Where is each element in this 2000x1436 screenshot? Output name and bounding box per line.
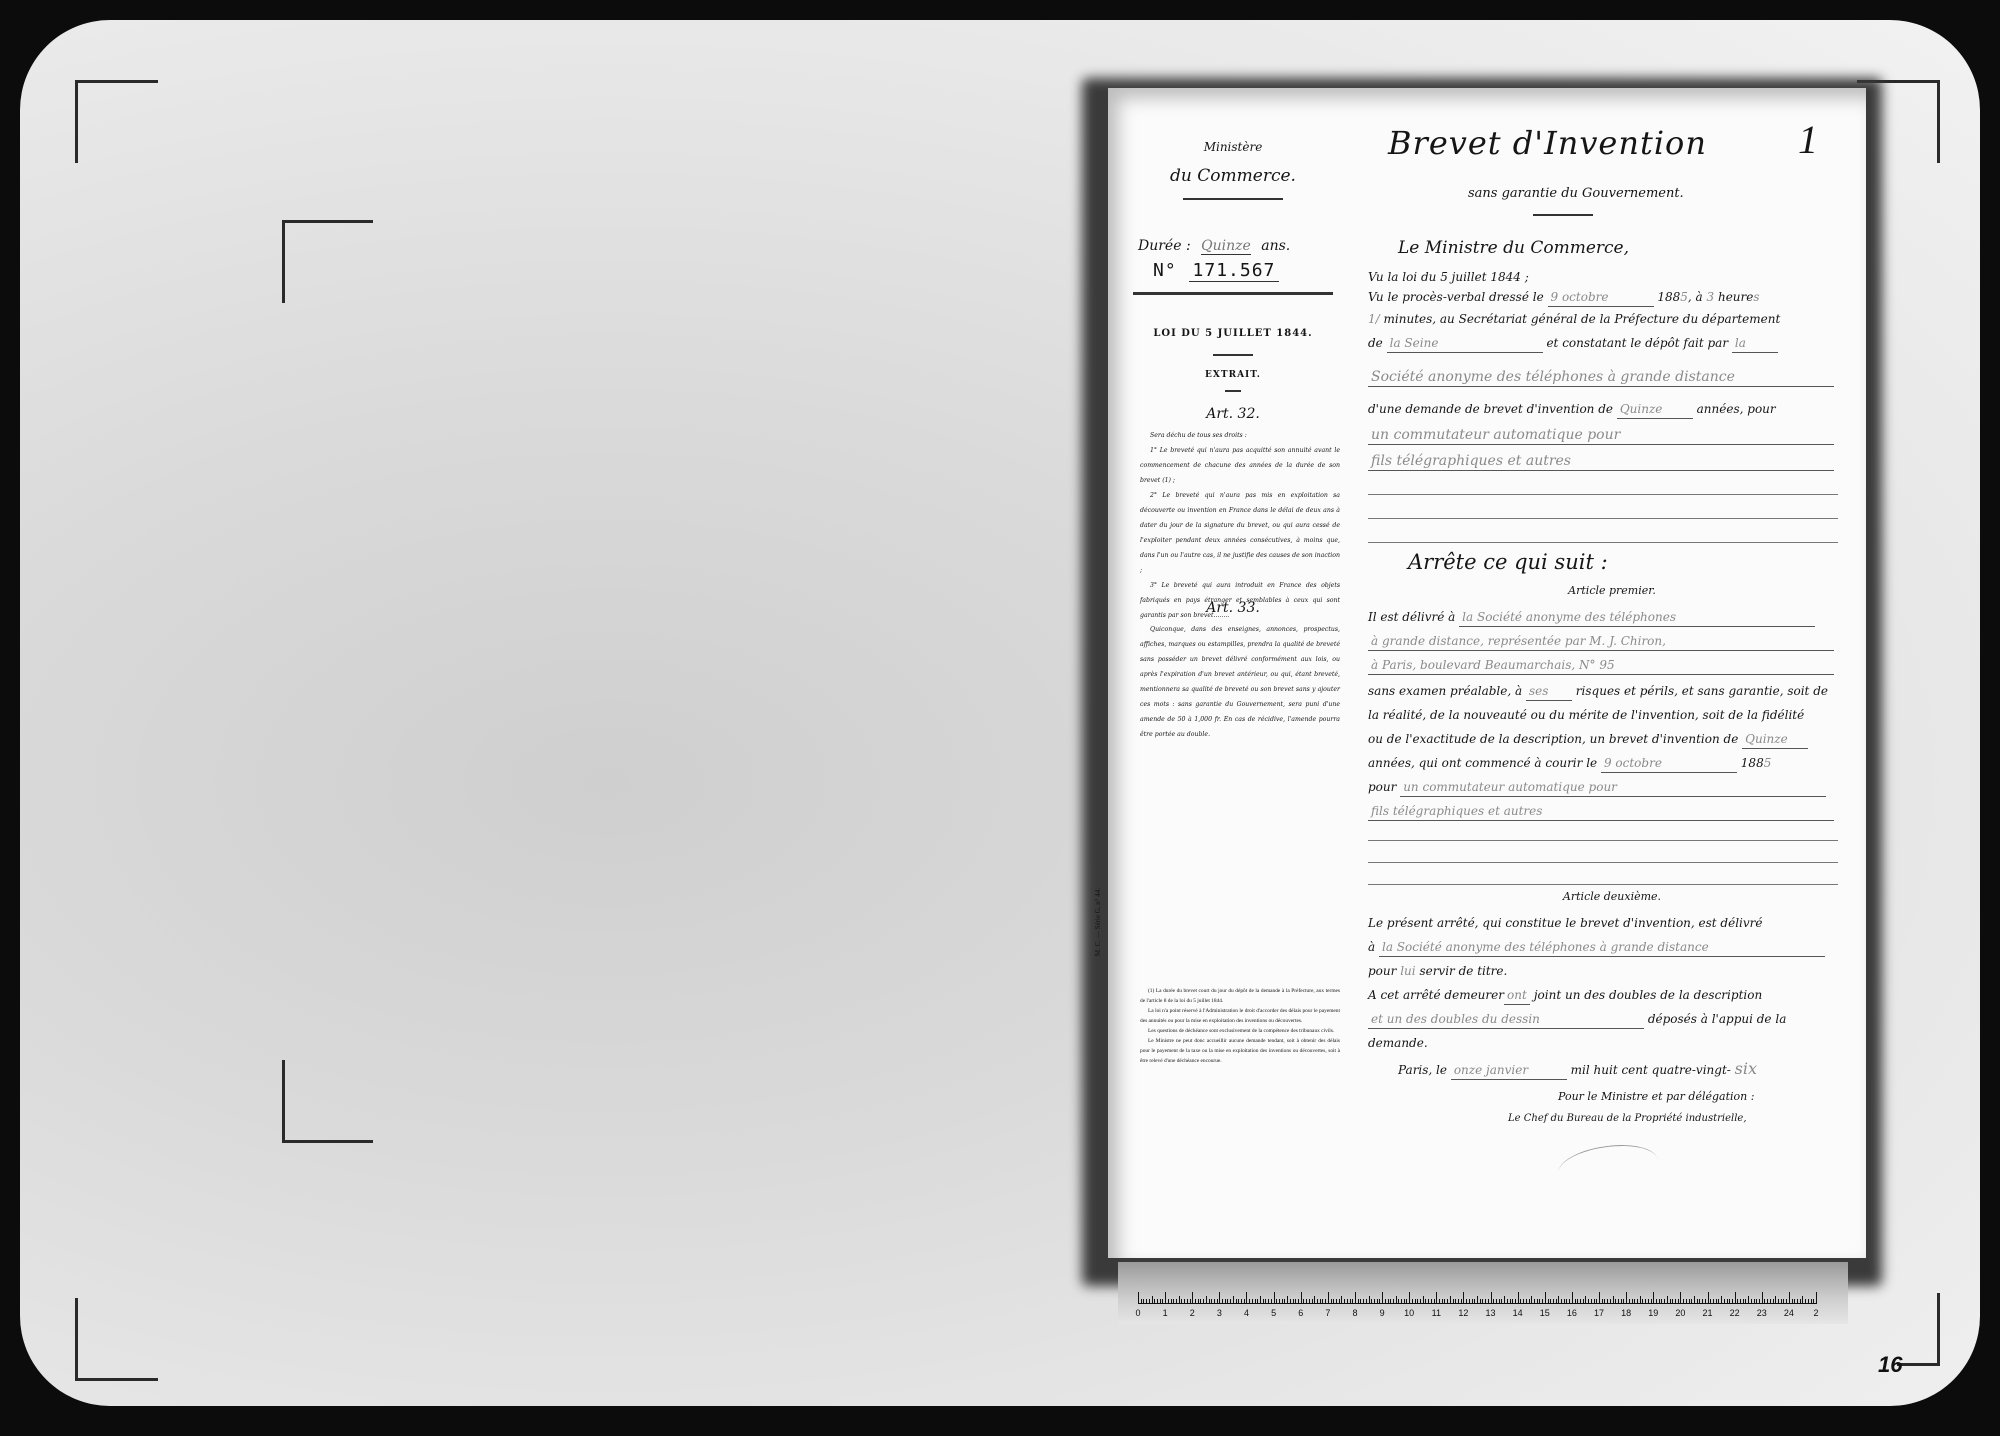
ruler-label: 15 [1540,1308,1550,1318]
ruler-label: 22 [1730,1308,1740,1318]
object-line-2: fils télégraphiques et autres [1368,452,1838,471]
blank-rule [1368,494,1838,495]
crop-mark-inner-bottom-left [282,1060,373,1143]
blank-rule [1368,884,1838,885]
crop-mark-bottom-right [1897,1293,1940,1366]
crop-mark-bottom-left [75,1298,158,1381]
ruler-label: 24 [1784,1308,1794,1318]
ornament-rule-title [1533,214,1593,216]
measurement-ruler: 0123456789101112131415161718192021222324… [1118,1262,1848,1324]
art2-line-5: et un des doubles du dessin déposés à l'… [1368,1010,1838,1029]
blank-rule [1368,518,1838,519]
art32-body: Sera déchu de tous ses droits : 1° Le br… [1140,428,1340,623]
art2-line-6: demande. [1368,1034,1838,1052]
ruler-label: 6 [1298,1308,1303,1318]
art1-line-7: années, qui ont commencé à courir le 9 o… [1368,754,1838,773]
ruler-label: 11 [1432,1308,1441,1318]
patent-document: Ministère du Commerce. Durée : Quinze an… [1108,88,1866,1258]
art2-line-4: A cet arrêté demeureront joint un des do… [1368,986,1838,1005]
minister-heading: Le Ministre du Commerce, [1398,238,1629,258]
ornament-rule-3 [1225,390,1241,392]
art1-line-1: Il est délivré à la Société anonyme des … [1368,608,1838,627]
ruler-label: 1 [1163,1308,1168,1318]
article-premier-label: Article premier. [1358,584,1866,597]
ruler-label: 20 [1675,1308,1685,1318]
applicant-name: Société anonyme des téléphones à grande … [1368,368,1834,387]
vu-loi-line: Vu la loi du 5 juillet 1844 ; [1368,268,1838,286]
art33-heading: Art. 33. [1108,600,1358,616]
law-title: LOI DU 5 JUILLET 1844. [1108,328,1358,339]
departement-value: la Seine [1387,334,1543,353]
pv-date: 9 octobre [1548,288,1654,307]
art1-line-4: sans examen préalable, à ses risques et … [1368,682,1838,701]
art2-line-3: pour lui servir de titre. [1368,962,1838,980]
ornament-rule [1183,198,1283,200]
ruler-label: 10 [1404,1308,1414,1318]
ministry-line1: Ministère [1108,140,1358,154]
ruler-label: 0 [1135,1308,1140,1318]
ruler-label: 14 [1513,1308,1523,1318]
ruler-label: 3 [1217,1308,1222,1318]
demande-line: d'une demande de brevet d'invention de Q… [1368,400,1838,419]
issue-date: onze janvier [1451,1061,1567,1080]
blank-rule [1368,542,1838,543]
art1-line-8: pour un commutateur automatique pour [1368,778,1838,797]
duree-field: Durée : Quinze ans. [1138,238,1290,254]
ruler-label: 4 [1244,1308,1249,1318]
ruler-label: 9 [1380,1308,1385,1318]
art2-line-2: à la Société anonyme des téléphones à gr… [1368,938,1838,957]
art1-line-3: à Paris, boulevard Beaumarchais, N° 95 [1368,656,1838,675]
extract-heading: EXTRAIT. [1108,370,1358,380]
footnotes: (1) La durée du brevet court du jour du … [1140,986,1340,1066]
demande-duration: Quinze [1617,400,1693,419]
applicant-line: Société anonyme des téléphones à grande … [1368,368,1838,387]
ruler-label: 8 [1352,1308,1357,1318]
plate-number: 16 [1878,1352,1902,1378]
ruler-label: 21 [1703,1308,1713,1318]
left-column: Ministère du Commerce. Durée : Quinze an… [1108,88,1358,1258]
pour-ministre: Pour le Ministre et par délégation : [1558,1088,2000,1106]
patent-number: N° 171.567 [1153,260,1279,281]
series-note: M. C. — Série G, n° 44. [1094,888,1102,956]
document-title: Brevet d'Invention [1388,124,1707,162]
chef-bureau: Le Chef du Bureau de la Propriété indust… [1508,1110,1978,1128]
ruler-label: 7 [1325,1308,1330,1318]
arrete-heading: Arrête ce qui suit : [1408,550,1608,574]
art1-line-9: fils télégraphiques et autres [1368,802,1838,821]
right-column: Brevet d'Invention 1 sans garantie du Go… [1358,88,1866,1258]
crop-mark-top-left [75,80,158,163]
ruler-label: 19 [1648,1308,1658,1318]
art1-line-5: la réalité, de la nouveauté ou du mérite… [1368,706,1838,724]
ruler-label: 2 [1190,1308,1195,1318]
ruler-scale: 0123456789101112131415161718192021222324… [1138,1282,1816,1318]
signature [1556,1139,1661,1194]
article-deuxieme-label: Article deuxième. [1358,890,1866,903]
date-line: Paris, le onze janvier mil huit cent qua… [1398,1060,1868,1080]
document-subtitle: sans garantie du Gouvernement. [1468,186,1684,201]
ruler-label: 13 [1486,1308,1496,1318]
art1-line-2: à grande distance, représentée par M. J.… [1368,632,1838,651]
crop-mark-inner-top-left [282,220,373,303]
patent-number-value: 171.567 [1189,260,1280,282]
ministry-line2: du Commerce. [1108,166,1358,186]
ruler-label: 5 [1271,1308,1276,1318]
art1-line-6: ou de l'exactitude de la description, un… [1368,730,1838,749]
ruler-label: 12 [1458,1308,1468,1318]
blank-rule [1368,840,1838,841]
ruler-label: 23 [1757,1308,1767,1318]
ruler-label: 16 [1567,1308,1577,1318]
ornament-rule-2 [1213,354,1253,356]
ruler-label: 17 [1594,1308,1604,1318]
ruler-label: 18 [1621,1308,1631,1318]
minutes-line: 1/ minutes, au Secrétariat général de la… [1368,310,1838,328]
departement-line: de la Seine et constatant le dépôt fait … [1368,334,1838,353]
proces-verbal-line: Vu le procès-verbal dressé le 9 octobre … [1368,288,1838,307]
art33-body: Quiconque, dans des enseignes, annonces,… [1140,622,1340,742]
duree-value: Quinze [1201,238,1251,255]
folio-number: 1 [1798,116,1818,163]
object-line-1: un commutateur automatique pour [1368,426,1838,445]
divider-rule [1133,292,1333,295]
art32-heading: Art. 32. [1108,406,1358,422]
blank-rule [1368,862,1838,863]
art2-line-1: Le présent arrêté, qui constitue le brev… [1368,914,1838,932]
ruler-label: 2 [1813,1308,1818,1318]
